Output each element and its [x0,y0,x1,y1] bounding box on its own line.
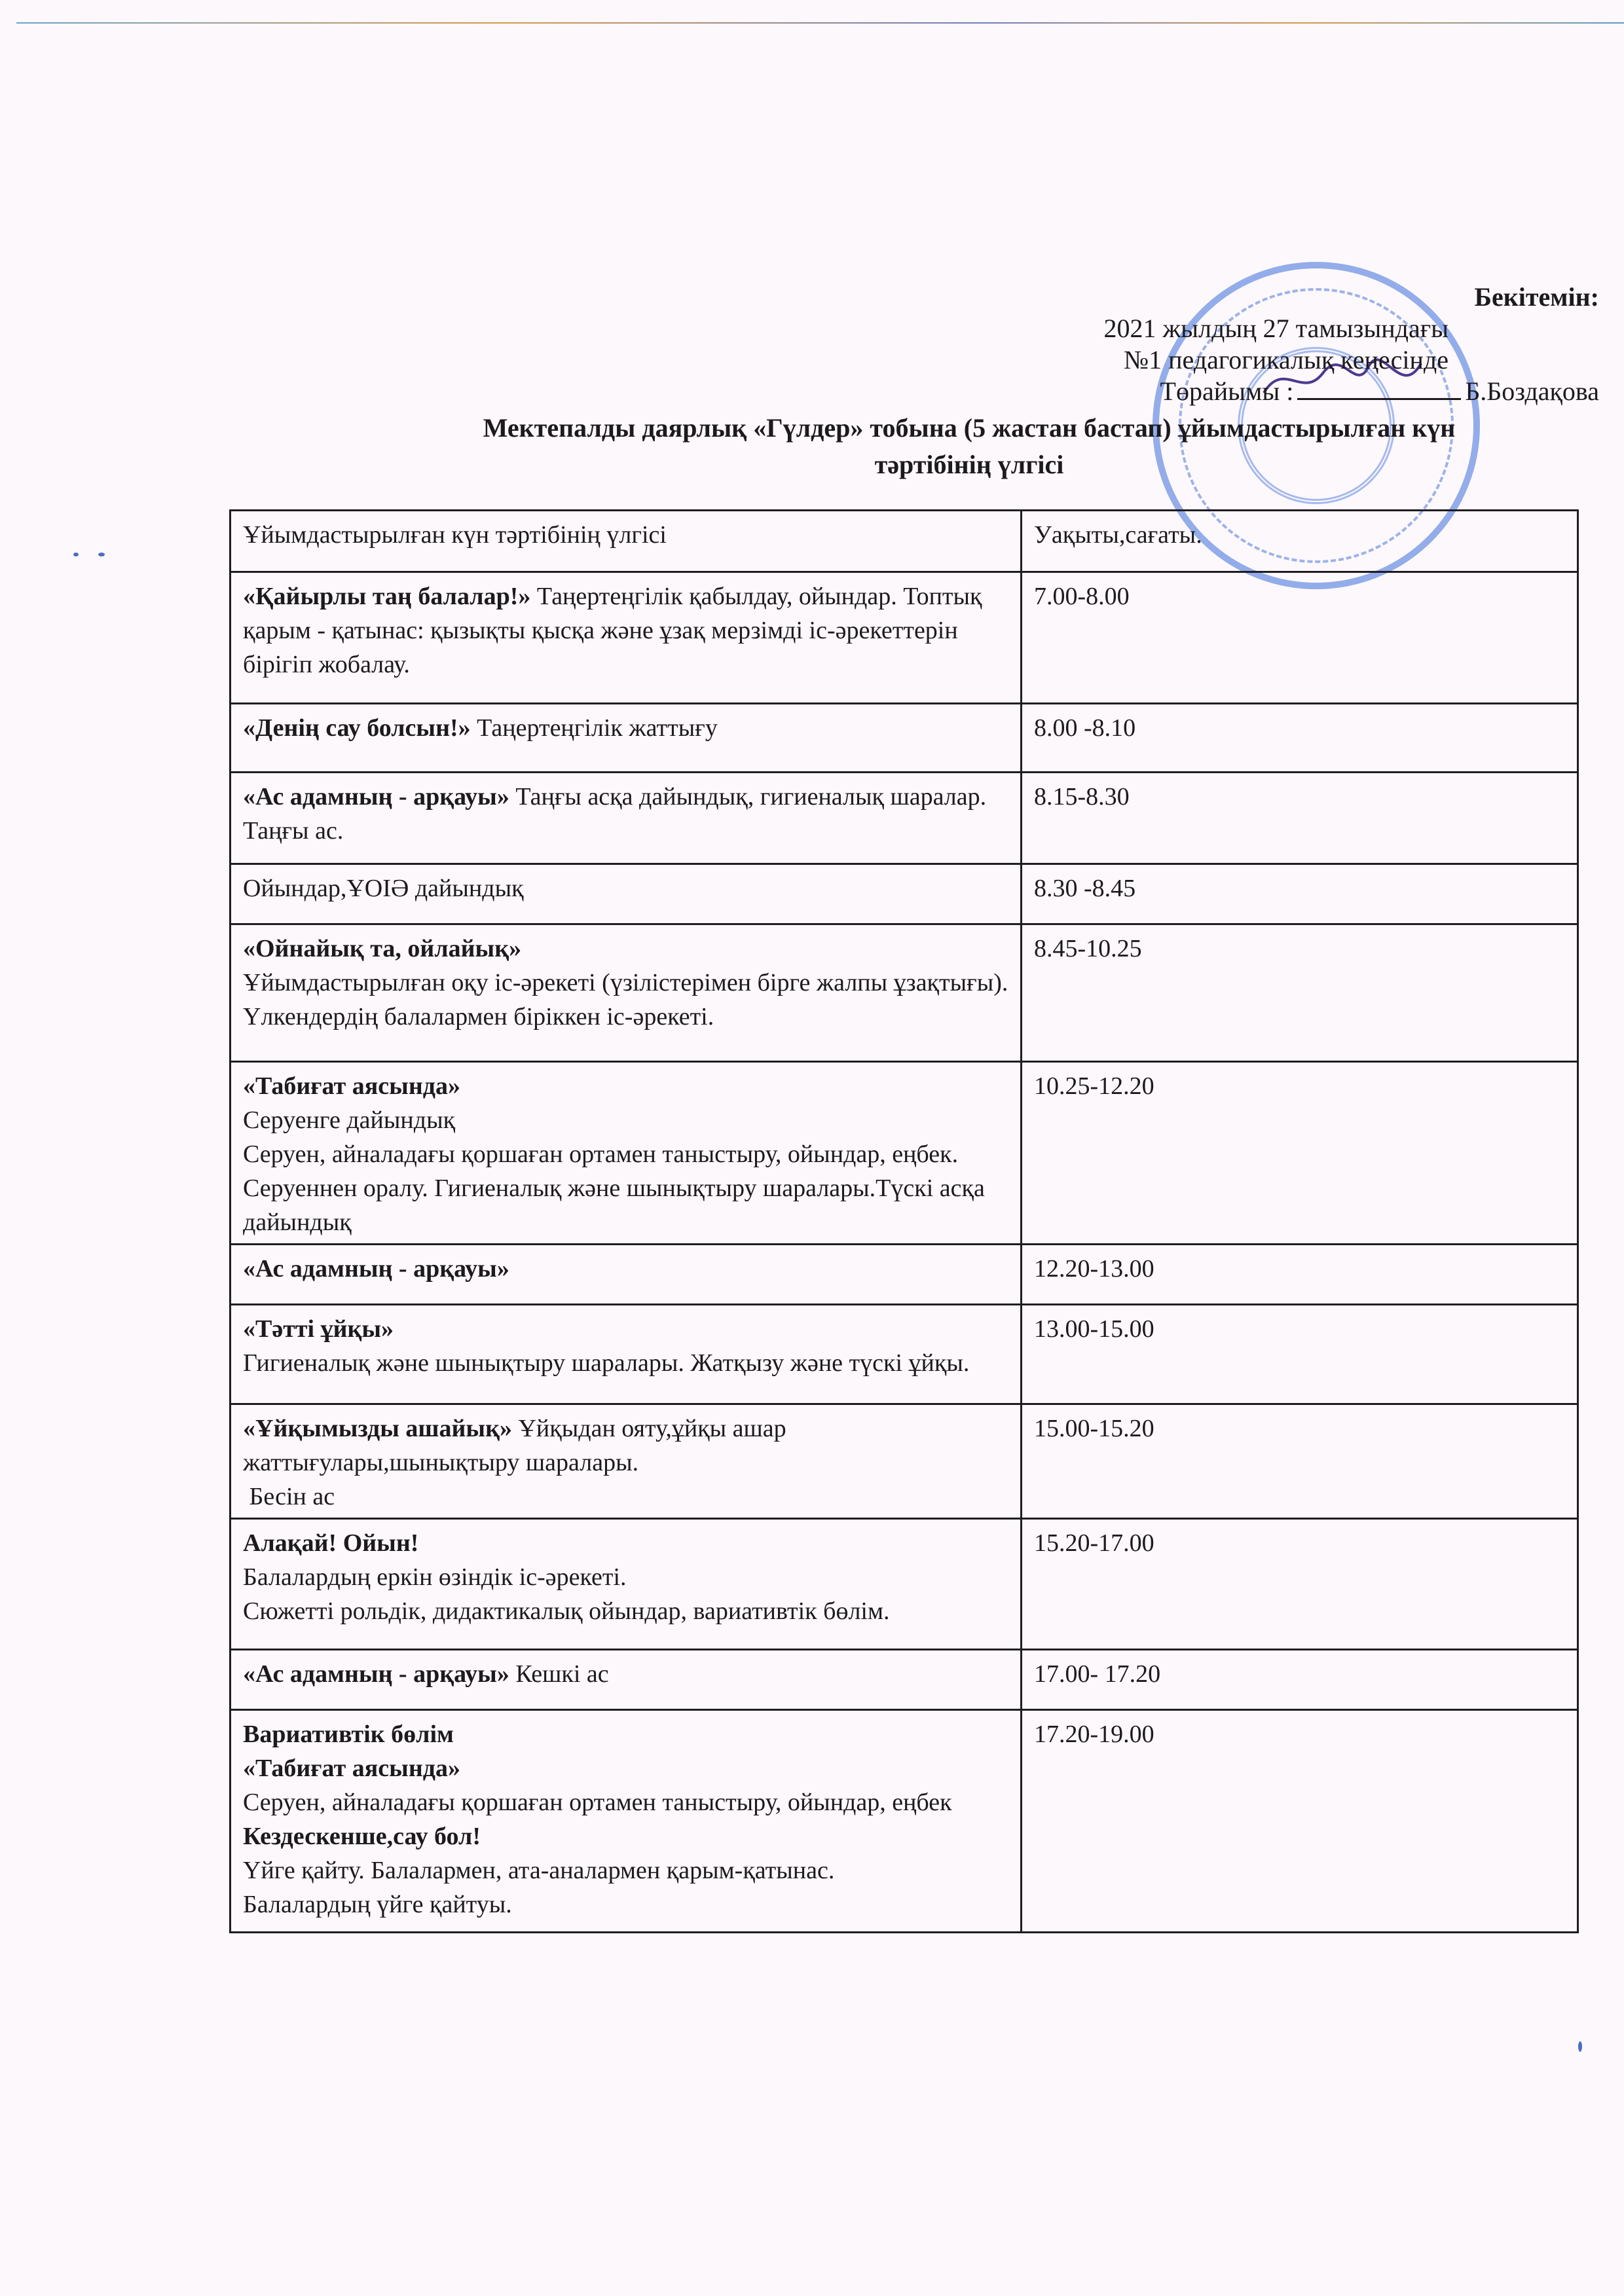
approval-date: 2021 жылдың 27 тамызындағы [1104,313,1449,344]
activity-text: Кешкі ас [509,1660,609,1688]
activity-cell: «Тәтті ұйқы»Гигиеналық және шынықтыру ша… [231,1305,1022,1404]
time-cell: 15.00-15.20 [1022,1404,1578,1519]
activity-text: Сюжетті рольдік, дидактикалық ойындар, в… [243,1594,1008,1628]
table-row: «Ас адамның - арқауы» Таңғы асқа дайынды… [231,773,1578,864]
table-row: «Ас адамның - арқауы» Кешкі ас 17.00- 17… [231,1650,1578,1710]
table-row: «Ұйқымызды ашайық» Ұйқыдан ояту,ұйқы аша… [231,1404,1578,1519]
activity-cell: «Ас адамның - арқауы» Таңғы асқа дайынды… [231,773,1022,864]
table-row: «Тәтті ұйқы»Гигиеналық және шынықтыру ша… [231,1305,1578,1404]
activity-title: «Ойнайық та, ойлайық» [243,932,1008,966]
table-row: Вариативтік бөлім «Табиғат аясында» Серу… [231,1710,1578,1933]
time-cell: 7.00-8.00 [1022,572,1578,704]
activity-subtitle: «Табиғат аясында» [243,1751,1008,1785]
activity-cell: Ойындар,ҰОІӘ дайындық [231,864,1022,924]
table-row: «Табиғат аясында»Серуенге дайындықСеруен… [231,1062,1578,1245]
activity-text: Серуенге дайындық [243,1103,1008,1137]
time-cell: 8.45-10.25 [1022,924,1578,1062]
activity-cell: «Ас адамның - арқауы» Кешкі ас [231,1650,1022,1710]
activity-title: «Ұйқымызды ашайық» [243,1415,512,1442]
document-title: Мектепалды даярлық «Гүлдер» тобына (5 жа… [354,410,1585,483]
activity-cell: «Қайырлы таң балалар!» Таңертеңгілік қаб… [231,572,1022,704]
activity-cell: Вариативтік бөлім «Табиғат аясында» Серу… [231,1710,1022,1933]
activity-text: Үйге қайту. Балалармен, ата-аналармен қа… [243,1853,1008,1887]
time-cell: 12.20-13.00 [1022,1245,1578,1305]
activity-title-2: Кездескенше,сау бол! [243,1819,1008,1853]
schedule-table: Ұйымдастырылған күн тәртібінің үлгісі Уа… [229,509,1579,1933]
table-row: Ойындар,ҰОІӘ дайындық 8.30 -8.45 [231,864,1578,924]
approval-title: Бекітемін: [1104,282,1599,313]
activity-text: Ұйымдастырылған оқу іс-әрекеті (үзілісте… [243,966,1008,1034]
activity-title: «Денің сау болсын!» [243,714,471,742]
activity-text: Балалардың үйге қайтуы. [243,1887,1008,1922]
activity-text: Серуен, айналадағы қоршаған ортамен таны… [243,1785,1008,1819]
table-row: «Ас адамның - арқауы» 12.20-13.00 [231,1245,1578,1305]
table-row: «Қайырлы таң балалар!» Таңертеңгілік қаб… [231,572,1578,704]
time-cell: 10.25-12.20 [1022,1062,1578,1245]
chair-name: Б.Боздақова [1465,376,1599,406]
activity-title: Вариативтік бөлім [243,1717,1008,1751]
activity-title: Алақай! Ойын! [243,1526,1008,1560]
activity-text: Балалардың еркін өзіндік іс-әрекеті. [243,1560,1008,1594]
time-cell: 8.00 -8.10 [1022,704,1578,773]
time-cell: 8.15-8.30 [1022,773,1578,864]
header-activity: Ұйымдастырылған күн тәртібінің үлгісі [231,511,1022,572]
time-cell: 13.00-15.00 [1022,1305,1578,1404]
header-time: Уақыты,сағаты. [1022,511,1578,572]
activity-text: Гигиеналық және шынықтыру шаралары. Жатқ… [243,1346,1008,1380]
table-row: «Денің сау болсын!» Таңертеңгілік жаттығ… [231,704,1578,773]
approval-council: №1 педагогикалық кеңесінде [1104,344,1449,376]
activity-title: «Табиғат аясында» [243,1069,1008,1103]
approval-block: Бекітемін: 2021 жылдың 27 тамызындағы №1… [1104,282,1599,407]
activity-title: «Тәтті ұйқы» [243,1312,1008,1346]
activity-text: Ойындар,ҰОІӘ дайындық [243,875,524,902]
table-header-row: Ұйымдастырылған күн тәртібінің үлгісі Уа… [231,511,1578,572]
activity-title: «Ас адамның - арқауы» [243,783,509,811]
table-row: Алақай! Ойын!Балалардың еркін өзіндік іс… [231,1519,1578,1650]
activity-cell: Алақай! Ойын!Балалардың еркін өзіндік іс… [231,1519,1022,1650]
activity-title: «Ас адамның - арқауы» [243,1255,509,1283]
scan-edge [16,22,1624,24]
activity-extra: Бесін ас [243,1480,1008,1514]
time-cell: 8.30 -8.45 [1022,864,1578,924]
approval-chair-line: Төрайымы :Б.Боздақова [1104,376,1599,407]
title-line-1: Мектепалды даярлық «Гүлдер» тобына (5 жа… [354,410,1585,446]
activity-text: Таңертеңгілік жаттығу [471,714,718,742]
activity-text: Серуен, айналадағы қоршаған ортамен таны… [243,1137,1008,1239]
scan-speck [98,553,105,556]
activity-title: «Қайырлы таң балалар!» [243,583,530,610]
signature-line [1297,378,1461,400]
time-cell: 17.00- 17.20 [1022,1650,1578,1710]
title-line-2: тәртібінің үлгісі [354,446,1585,483]
activity-cell: «Табиғат аясында»Серуенге дайындықСеруен… [231,1062,1022,1245]
time-cell: 17.20-19.00 [1022,1710,1578,1933]
activity-cell: «Ойнайық та, ойлайық»Ұйымдастырылған оқу… [231,924,1022,1062]
time-cell: 15.20-17.00 [1022,1519,1578,1650]
activity-title: «Ас адамның - арқауы» [243,1660,509,1688]
activity-cell: «Ұйқымызды ашайық» Ұйқыдан ояту,ұйқы аша… [231,1404,1022,1519]
table-row: «Ойнайық та, ойлайық»Ұйымдастырылған оқу… [231,924,1578,1062]
activity-cell: «Денің сау болсын!» Таңертеңгілік жаттығ… [231,704,1022,773]
scan-speck [1578,2041,1582,2052]
activity-cell: «Ас адамның - арқауы» [231,1245,1022,1305]
chair-label: Төрайымы : [1160,376,1294,406]
scan-speck [73,553,79,556]
